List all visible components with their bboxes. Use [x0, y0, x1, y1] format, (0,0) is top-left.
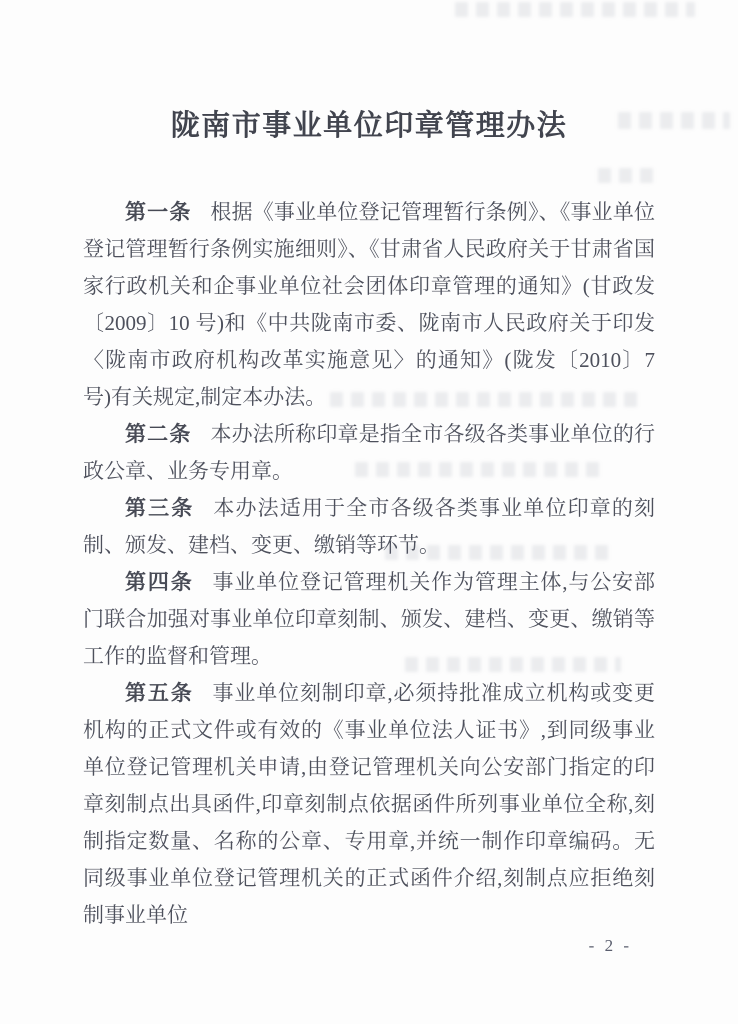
scanned-document-page: 陇南市事业单位印章管理办法 第一条根据《事业单位登记管理暂行条例》、《事业单位登… [0, 0, 738, 1024]
article-label: 第一条 [125, 200, 192, 224]
article-text: 事业单位刻制印章,必须持批准成立机构或变更机构的正式文件或有效的《事业单位法人证… [83, 681, 655, 927]
article-paragraph: 第一条根据《事业单位登记管理暂行条例》、《事业单位登记管理暂行条例实施细则》、《… [83, 194, 655, 416]
bleedthrough-smudge [598, 168, 660, 183]
article-paragraph: 第五条事业单位刻制印章,必须持批准成立机构或变更机构的正式文件或有效的《事业单位… [83, 675, 655, 934]
article-label: 第二条 [125, 422, 192, 446]
article-text: 根据《事业单位登记管理暂行条例》、《事业单位登记管理暂行条例实施细则》、《甘肃省… [83, 200, 655, 409]
article-paragraph: 第四条事业单位登记管理机关作为管理主体,与公安部门联合加强对事业单位印章刻制、颁… [83, 564, 655, 675]
article-paragraph: 第二条本办法所称印章是指全市各级各类事业单位的行政公章、业务专用章。 [83, 416, 655, 490]
article-label: 第五条 [125, 681, 194, 705]
article-label: 第三条 [125, 496, 194, 520]
article-label: 第四条 [125, 570, 194, 594]
article-paragraph: 第三条本办法适用于全市各级各类事业单位印章的刻制、颁发、建档、变更、缴销等环节。 [83, 490, 655, 564]
document-body: 第一条根据《事业单位登记管理暂行条例》、《事业单位登记管理暂行条例实施细则》、《… [83, 194, 655, 934]
page-number: - 2 - [589, 936, 632, 956]
document-title: 陇南市事业单位印章管理办法 [0, 0, 738, 144]
